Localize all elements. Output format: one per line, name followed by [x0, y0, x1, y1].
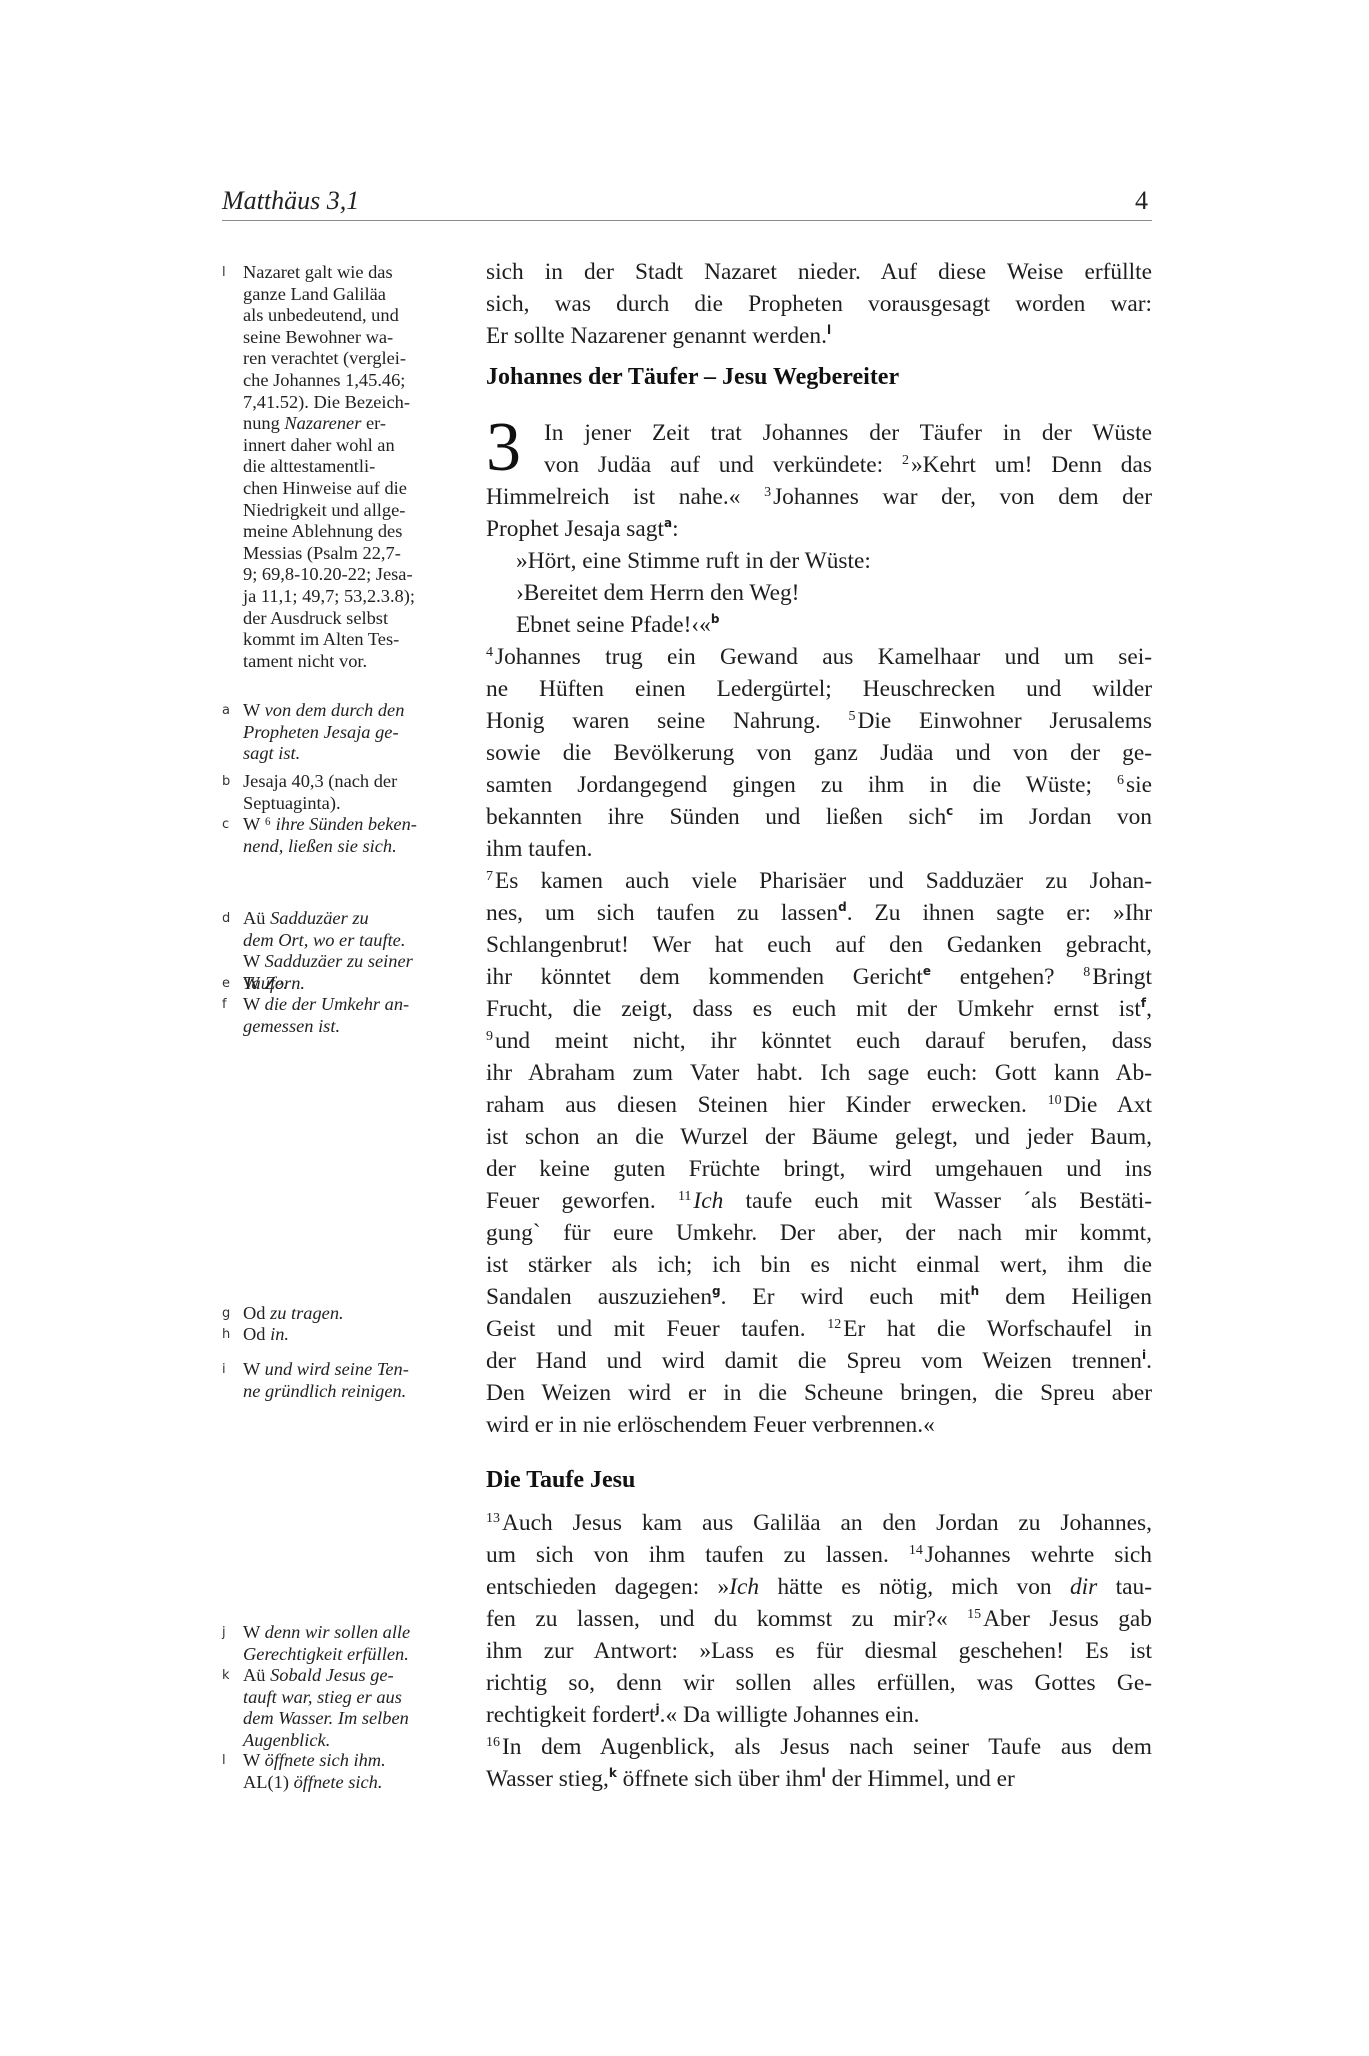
footnote-text: Od zu tragen. [243, 1303, 478, 1325]
verse-number: 13 [486, 1511, 500, 1526]
footnote-text: W ⁶ ihre Sünden beken-nend, ließen sie s… [243, 814, 478, 857]
text-line: 7Es kamen auch viele Pharisäer und Saddu… [486, 865, 1152, 897]
verse-number: 14 [909, 1543, 923, 1558]
footnote-marker: k [609, 1766, 617, 1780]
verse-number: 16 [486, 1735, 500, 1750]
footnote-letter: h [222, 1324, 236, 1346]
footnote-letter: l [222, 1750, 236, 1772]
footnote-marker: j [656, 1702, 660, 1716]
footnote-text: W von dem durch denPropheten Jesaja ge-s… [243, 700, 478, 765]
text-line: Schlangenbrut! Wer hat euch auf den Geda… [486, 929, 1152, 961]
text-line: wird er in nie erlöschendem Feuer verbre… [486, 1409, 1152, 1441]
footnote-letter: b [222, 771, 236, 793]
text-line: 4Johannes trug ein Gewand aus Kamelhaar … [486, 641, 1152, 673]
text-line: Geist und mit Feuer taufen. 12Er hat die… [486, 1313, 1152, 1345]
text-line: ist schon an die Wurzel der Bäume gelegt… [486, 1121, 1152, 1153]
footnote-marker: b [711, 612, 720, 626]
footnote-letter: f [222, 994, 236, 1016]
chapter-number: 3 [486, 416, 521, 480]
text-line: entschieden dagegen: »Ich hätte es nötig… [486, 1571, 1152, 1603]
text-line: um sich von ihm taufen zu lassen. 14Joha… [486, 1539, 1152, 1571]
footnote-text: Aü Sobald Jesus ge-tauft war, stieg er a… [243, 1665, 478, 1751]
footnote-marker: a [664, 516, 672, 530]
page-number: 4 [1135, 186, 1148, 216]
footnote-marker: f [1141, 996, 1146, 1010]
running-title: Matthäus 3,1 [222, 186, 359, 216]
text-line: 13Auch Jesus kam aus Galiläa an den Jord… [486, 1507, 1152, 1539]
text-line: ihr könntet dem kommenden Gerichte entge… [486, 961, 1152, 993]
text-line: Sandalen auszuzieheng. Er wird euch mith… [486, 1281, 1152, 1313]
verse-number: 4 [486, 645, 493, 660]
footnote-letter: g [222, 1303, 236, 1325]
verse-number: 9 [486, 1029, 493, 1044]
footnote-text: Od in. [243, 1324, 478, 1346]
text-line: »Hört, eine Stimme ruft in der Wüste: [516, 545, 1152, 577]
text-line: Er sollte Nazarener genannt werden.l [486, 320, 1152, 352]
footnote-letter: c [222, 814, 236, 836]
text-line: fen zu lassen, und du kommst zu mir?« 15… [486, 1603, 1152, 1635]
text-line: sich, was durch die Propheten vorausgesa… [486, 288, 1152, 320]
text-line: raham aus diesen Steinen hier Kinder erw… [486, 1089, 1152, 1121]
verse-number: 10 [1048, 1093, 1062, 1108]
footnote-text: W denn wir sollen alleGerechtigkeit erfü… [243, 1622, 478, 1665]
text-line: Honig waren seine Nahrung. 5Die Einwohne… [486, 705, 1152, 737]
text-line: ist stärker als ich; ich bin es nicht ei… [486, 1249, 1152, 1281]
text-line: Prophet Jesaja sagta: [486, 513, 1152, 545]
text-line: ne Hüften einen Ledergürtel; Heuschrecke… [486, 673, 1152, 705]
text-line: Feuer geworfen. 11Ich taufe euch mit Was… [486, 1185, 1152, 1217]
verse-number: 7 [486, 869, 493, 884]
verse-number: 3 [764, 485, 771, 500]
footnote-marker: i [1142, 1348, 1146, 1362]
text-line: nes, um sich taufen zu lassend. Zu ihnen… [486, 897, 1152, 929]
text-line: rechtigkeit fordertj.« Da willigte Johan… [486, 1699, 1152, 1731]
footnote-text: Jesaja 40,3 (nach derSeptuaginta). [243, 771, 478, 814]
footnote-marker: l [827, 323, 831, 337]
text-line: sowie die Bevölkerung von ganz Judäa und… [486, 737, 1152, 769]
verse-number: 12 [827, 1317, 841, 1332]
verse-number: 2 [902, 453, 909, 468]
footnote-marker: h [971, 1284, 980, 1298]
verse-number: 5 [848, 709, 855, 724]
footnote-marker: c [946, 804, 953, 818]
text-line: ihm zur Antwort: »Lass es für diesmal ge… [486, 1635, 1152, 1667]
text-line: Wasser stieg,k öffnete sich über ihml de… [486, 1763, 1152, 1795]
footnote-marker: g [712, 1284, 721, 1298]
text-line: samten Jordangegend gingen zu ihm in die… [486, 769, 1152, 801]
footnote-marker: d [838, 900, 847, 914]
footnote-letter: k [222, 1665, 236, 1687]
running-head: Matthäus 3,1 4 [222, 186, 1152, 221]
text-line: Frucht, die zeigt, dass es euch mit der … [486, 993, 1152, 1025]
footnote-letter: i [222, 1359, 236, 1381]
text-line: Ebnet seine Pfade!‹«b [516, 609, 1152, 641]
verse-number: 11 [678, 1189, 691, 1204]
text-line: von Judäa auf und verkündete: 2»Kehrt um… [544, 449, 1152, 481]
footnote-letter: l [222, 262, 236, 284]
verse-number: 6 [1117, 773, 1124, 788]
text-line: ›Bereitet dem Herrn den Weg! [516, 577, 1152, 609]
footnote-text: W Zorn. [243, 973, 478, 995]
text-line: Himmelreich ist nahe.« 3Johannes war der… [486, 481, 1152, 513]
text-line: richtig so, denn wir sollen alles erfüll… [486, 1667, 1152, 1699]
footnote-marker: l [822, 1766, 826, 1780]
text-line: In jener Zeit trat Johannes der Täufer i… [544, 417, 1152, 449]
text-line: ihr Abraham zum Vater habt. Ich sage euc… [486, 1057, 1152, 1089]
section-heading-taufe: Die Taufe Jesu [486, 1467, 635, 1494]
footnote-letter: e [222, 973, 236, 995]
text-line: sich in der Stadt Nazaret nieder. Auf di… [486, 256, 1152, 288]
footnote-letter: d [222, 908, 236, 930]
verse-number: 8 [1083, 965, 1090, 980]
verse-number: 15 [967, 1607, 981, 1622]
footnote-text: W und wird seine Ten-ne gründlich reinig… [243, 1359, 478, 1402]
footnote-marker: e [923, 964, 931, 978]
text-line: 16In dem Augenblick, als Jesus nach sein… [486, 1731, 1152, 1763]
text-line: Den Weizen wird er in die Scheune bringe… [486, 1377, 1152, 1409]
footnote-letter: a [222, 700, 236, 722]
text-line: gung` für eure Umkehr. Der aber, der nac… [486, 1217, 1152, 1249]
section-heading-johannes: Johannes der Täufer – Jesu Wegbereiter [486, 364, 899, 391]
footnote-text: W die der Umkehr an-gemessen ist. [243, 994, 478, 1037]
text-line: bekannten ihre Sünden und ließen sichc i… [486, 801, 1152, 833]
text-line: 9und meint nicht, ihr könntet euch darau… [486, 1025, 1152, 1057]
text-line: der keine guten Früchte bringt, wird umg… [486, 1153, 1152, 1185]
footnote-text: W öffnete sich ihm.AL(1) öffnete sich. [243, 1750, 478, 1793]
text-line: ihm taufen. [486, 833, 1152, 865]
bible-page: Matthäus 3,1 4 lNazaret galt wie dasganz… [0, 0, 1369, 2056]
footnote-letter: j [222, 1622, 236, 1644]
footnote-text: Nazaret galt wie dasganze Land Galiläaal… [243, 262, 478, 672]
text-line: der Hand und wird damit die Spreu vom We… [486, 1345, 1152, 1377]
